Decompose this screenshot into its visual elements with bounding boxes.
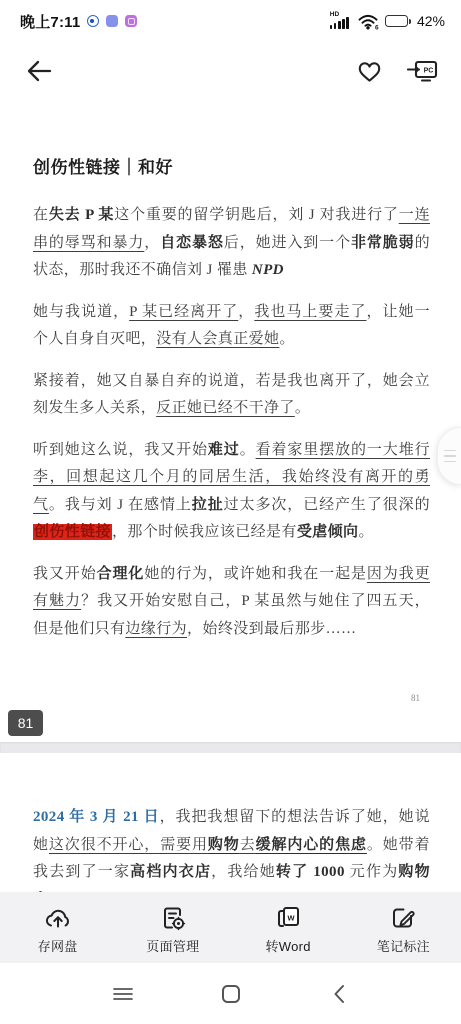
page-manage-button[interactable]: 页面管理 (115, 901, 230, 955)
note-annotate-button[interactable]: 笔记标注 (346, 901, 461, 955)
document-title: 创伤性链接｜和好 (33, 153, 430, 178)
svg-text:w: w (287, 912, 296, 922)
svg-text:PC: PC (424, 67, 434, 74)
cloud-upload-icon (43, 905, 73, 931)
doc-paragraph-2: 她与我说道，P 某已经离开了，我也马上要走了，让她一个人自身自灭吧，没有人会真正… (33, 299, 430, 354)
battery-icon (385, 15, 411, 27)
note-annotate-icon (389, 905, 417, 931)
wifi-icon: 6 (358, 13, 379, 30)
bottom-toolbar: 存网盘 页面管理 w 转Word (0, 892, 461, 963)
nav-back-button[interactable] (324, 979, 354, 1009)
save-to-cloud-button[interactable]: 存网盘 (0, 901, 115, 955)
doc-paragraph-1: 在失去 P 某这个重要的留学钥匙后，刘 J 对我进行了一连串的辱骂和暴力，自恋暴… (33, 202, 430, 285)
notification-app-icon (106, 15, 118, 27)
hamburger-icon (444, 450, 456, 463)
toolbar-label: 转Word (265, 936, 310, 955)
page-manage-icon (159, 905, 187, 931)
doc-paragraph-6: 2024 年 3 月 21 日，我把我想留下的想法告诉了她，她说她这次很不开心，… (33, 804, 430, 892)
convert-to-word-button[interactable]: w 转Word (231, 901, 346, 955)
android-nav-bar (0, 963, 461, 1024)
nav-home-button[interactable] (216, 979, 246, 1009)
back-arrow-icon (26, 60, 52, 82)
notification-app-icon (87, 15, 99, 27)
page-separator (0, 742, 461, 753)
back-button[interactable] (24, 58, 54, 84)
clock: 晚上7:11 (20, 11, 80, 32)
toolbar-label: 存网盘 (38, 936, 78, 955)
status-bar: 晚上7:11 HD 6 (0, 0, 461, 42)
toolbar-label: 页面管理 (146, 936, 199, 955)
phone-screen: 晚上7:11 HD 6 (0, 0, 461, 1024)
square-icon (221, 984, 241, 1004)
send-to-pc-button[interactable]: PC (405, 56, 441, 86)
doc-paragraph-5: 我又开始合理化她的行为，或许她和我在一起是因为我更有魅力？我又开始安慰自己，P … (33, 561, 430, 644)
cellular-signal-icon: HD (330, 12, 352, 30)
chevron-left-icon (332, 984, 346, 1004)
doc-paragraph-4: 听到她这么说，我又开始难过。看着家里摆放的一大堆行李，回想起这几个月的同居生活，… (33, 437, 430, 547)
doc-paragraph-3: 紧接着，她又自暴自弃的说道，若是我也离开了，她会立刻发生多人关系，反正她已经不干… (33, 368, 430, 423)
page-number-badge: 81 (8, 710, 43, 736)
battery-percent: 42% (417, 13, 445, 29)
nav-menu-button[interactable] (108, 979, 138, 1009)
toolbar-label: 笔记标注 (377, 936, 430, 955)
notification-app-icon (125, 15, 137, 27)
page-corner-number: 81 (33, 693, 430, 703)
heart-icon (356, 59, 383, 84)
hamburger-icon (112, 987, 134, 1001)
svg-text:6: 6 (375, 24, 379, 30)
send-to-pc-icon: PC (407, 58, 439, 84)
document-view[interactable]: 创伤性链接｜和好 在失去 P 某这个重要的留学钥匙后，刘 J 对我进行了一连串的… (0, 100, 461, 892)
word-convert-icon: w (274, 905, 302, 931)
app-header: PC (0, 42, 461, 100)
favorite-button[interactable] (354, 57, 385, 86)
